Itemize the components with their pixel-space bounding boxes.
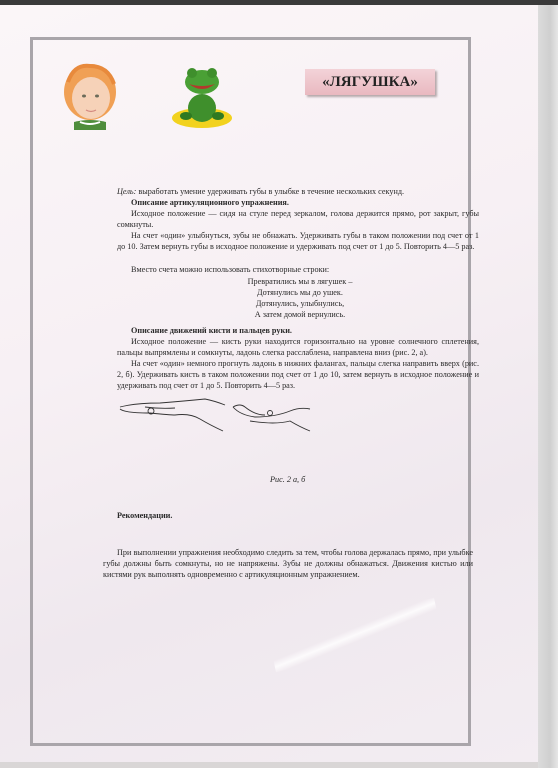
section-heading-articulation: Описание артикуляционного упражнения.	[117, 197, 479, 208]
section-heading-hand: Описание движений кисти и пальцев руки.	[117, 325, 479, 336]
recommendations-heading: Рекомендации.	[117, 510, 479, 521]
page-right-edge	[538, 5, 558, 768]
articulation-start-position: Исходное положение — сидя на стуле перед…	[117, 208, 479, 230]
hand-positions-drawing	[115, 395, 315, 455]
poem-intro: Вместо счета можно использовать стихотво…	[117, 264, 479, 275]
poem-line: Превратились мы в лягушек –	[200, 276, 400, 287]
goal-line: Цель: выработать умение удерживать губы …	[117, 186, 479, 197]
goal-label: Цель:	[117, 187, 136, 196]
poem-line: Дотянулись, улыбнулись,	[200, 298, 400, 309]
poem: Превратились мы в лягушек – Дотянулись м…	[200, 276, 400, 320]
figure-caption: Рис. 2 а, б	[270, 475, 305, 484]
recommendations-text: При выполнении упражнения необходимо сле…	[103, 547, 473, 581]
hand-start-position: Исходное положение — кисть руки находитс…	[117, 336, 479, 358]
poem-line: А затем домой вернулись.	[200, 309, 400, 320]
poem-line: Дотянулись мы до ушек.	[200, 287, 400, 298]
child-portrait-illustration	[60, 60, 120, 132]
exercise-title: «ЛЯГУШКА»	[305, 69, 435, 95]
hand-instructions: На счет «один» немного прогнуть ладонь в…	[117, 358, 479, 392]
goal-text: выработать умение удерживать губы в улыб…	[136, 187, 404, 196]
frog-illustration	[170, 64, 235, 130]
articulation-instructions: На счет «один» улыбнуться, зубы не обнаж…	[117, 230, 479, 252]
